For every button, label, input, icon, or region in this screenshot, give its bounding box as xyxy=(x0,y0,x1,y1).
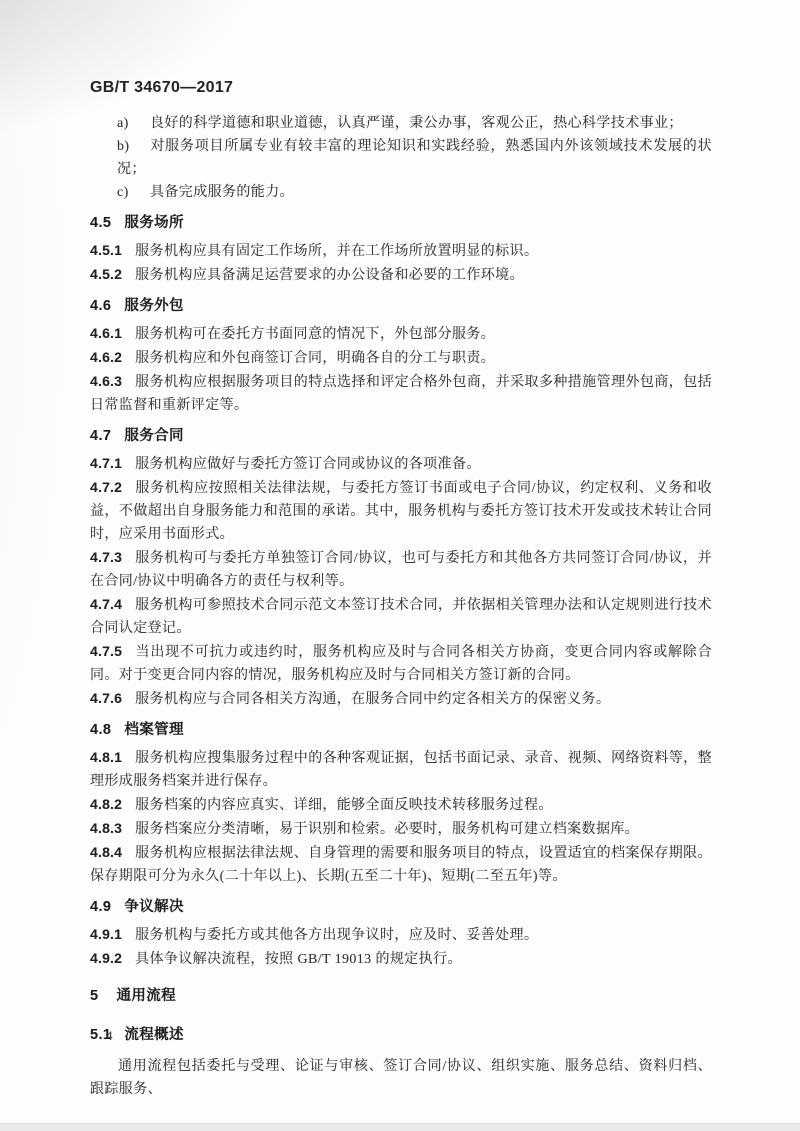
subsection-heading-5-1: 5.1流程概述 xyxy=(90,1024,712,1047)
chapter-heading-5: 5通用流程 xyxy=(90,985,712,1008)
clause-4-7-3: 4.7.3服务机构可与委托方单独签订合同/协议，也可与委托方和其他各方共同签订合… xyxy=(90,546,712,593)
list-item-text: 具备完成服务的能力。 xyxy=(150,185,294,200)
section-number: 4.8 xyxy=(90,722,111,738)
clause-number: 4.9.1 xyxy=(90,926,122,942)
clause-text: 服务档案的内容应真实、详细，能够全面反映技术转移服务过程。 xyxy=(135,798,553,813)
clause-number: 4.5.1 xyxy=(90,242,122,258)
clause-4-7-4: 4.7.4服务机构可参照技术合同示范文本签订技术合同，并依据相关管理办法和认定规… xyxy=(90,593,712,640)
clause-text: 服务机构应具有固定工作场所，并在工作场所放置明显的标识。 xyxy=(135,244,538,259)
section-title: 服务合同 xyxy=(124,428,184,444)
clause-number: 4.8.1 xyxy=(90,749,122,765)
clause-4-7-2: 4.7.2服务机构应按照相关法律法规，与委托方签订书面或电子合同/协议，约定权利… xyxy=(90,476,712,546)
clause-number: 4.8.4 xyxy=(90,844,122,860)
clause-number: 4.8.3 xyxy=(90,820,122,836)
section-heading-4-6: 4.6服务外包 xyxy=(90,295,712,318)
clause-number: 4.8.2 xyxy=(90,796,122,812)
clause-4-9-2: 4.9.2具体争议解决流程，按照 GB/T 19013 的规定执行。 xyxy=(90,947,712,971)
list-item: c)具备完成服务的能力。 xyxy=(90,181,712,204)
clause-number: 4.7.4 xyxy=(90,596,122,612)
list-item-label: a) xyxy=(117,112,139,135)
clause-text: 服务机构与委托方或其他各方出现争议时，应及时、妥善处理。 xyxy=(135,928,538,943)
clause-number: 4.7.3 xyxy=(90,549,122,565)
section-number: 4.6 xyxy=(90,298,111,314)
section-number: 4.5 xyxy=(90,215,111,231)
clause-text: 服务机构应按照相关法律法规，与委托方签订书面或电子合同/协议，约定权利、义务和收… xyxy=(90,481,712,542)
clause-text: 服务机构应搜集服务过程中的各种客观证据，包括书面记录、录音、视频、网络资料等，整… xyxy=(90,751,712,789)
section-heading-4-9: 4.9争议解决 xyxy=(90,896,712,919)
section-title: 档案管理 xyxy=(124,722,184,738)
clause-text: 当出现不可抗力或违约时，服务机构应及时与合同各相关方协商，变更合同内容或解除合同… xyxy=(90,645,712,683)
clause-number: 4.6.1 xyxy=(90,325,122,341)
clause-text: 服务机构可与委托方单独签订合同/协议，也可与委托方和其他各方共同签订合同/协议，… xyxy=(90,551,712,589)
section-number: 4.9 xyxy=(90,899,111,915)
clause-number: 4.9.2 xyxy=(90,950,122,966)
body-paragraph: 通用流程包括委托与受理、论证与审核、签订合同/协议、组织实施、服务总结、资料归档… xyxy=(90,1055,712,1101)
clause-text: 服务机构可在委托方书面同意的情况下，外包部分服务。 xyxy=(135,327,495,342)
clause-text: 服务机构应具备满足运营要求的办公设备和必要的工作环境。 xyxy=(135,268,524,283)
clause-text: 具体争议解决流程，按照 GB/T 19013 的规定执行。 xyxy=(135,952,462,967)
section-title: 争议解决 xyxy=(124,899,184,915)
subsection-title: 流程概述 xyxy=(124,1027,184,1043)
clause-4-6-3: 4.6.3服务机构应根据服务项目的特点选择和评定合格外包商，并采取多种措施管理外… xyxy=(90,370,712,417)
clause-4-5-1: 4.5.1服务机构应具有固定工作场所，并在工作场所放置明显的标识。 xyxy=(90,239,712,263)
section-heading-4-5: 4.5服务场所 xyxy=(90,212,712,235)
section-heading-4-8: 4.8档案管理 xyxy=(90,719,712,742)
clause-number: 4.6.2 xyxy=(90,349,122,365)
section-number: 4.7 xyxy=(90,428,111,444)
chapter-number: 5 xyxy=(90,988,98,1004)
clause-number: 4.6.3 xyxy=(90,373,122,389)
scan-page-bottom-edge xyxy=(0,1123,800,1131)
clause-text: 服务档案应分类清晰，易于识别和检索。必要时，服务机构可建立档案数据库。 xyxy=(135,822,639,837)
clause-number: 4.7.1 xyxy=(90,455,122,471)
clause-text: 服务机构可参照技术合同示范文本签订技术合同，并依据相关管理办法和认定规则进行技术… xyxy=(90,598,712,636)
list-item-label: b) xyxy=(117,135,139,158)
clause-4-5-2: 4.5.2服务机构应具备满足运营要求的办公设备和必要的工作环境。 xyxy=(90,263,712,287)
clause-4-7-5: 4.7.5当出现不可抗力或违约时，服务机构应及时与合同各相关方协商，变更合同内容… xyxy=(90,640,712,687)
clause-text: 服务机构应根据服务项目的特点选择和评定合格外包商，并采取多种措施管理外包商，包括… xyxy=(90,375,712,413)
clause-4-7-6: 4.7.6服务机构应与合同各相关方沟通，在服务合同中约定各相关方的保密义务。 xyxy=(90,687,712,711)
clause-4-6-2: 4.6.2服务机构应和外包商签订合同，明确各自的分工与职责。 xyxy=(90,346,712,370)
list-item: a)良好的科学道德和职业道德，认真严谨，秉公办事，客观公正，热心科学技术事业； xyxy=(90,112,712,135)
clause-4-8-3: 4.8.3服务档案应分类清晰，易于识别和检索。必要时，服务机构可建立档案数据库。 xyxy=(90,817,712,841)
document-page: GB/T 34670—2017 a)良好的科学道德和职业道德，认真严谨，秉公办事… xyxy=(0,0,800,1131)
list-item-text: 良好的科学道德和职业道德，认真严谨，秉公办事，客观公正，热心科学技术事业； xyxy=(150,116,683,131)
clause-4-9-1: 4.9.1服务机构与委托方或其他各方出现争议时，应及时、妥善处理。 xyxy=(90,923,712,947)
section-title: 服务外包 xyxy=(124,298,184,314)
list-item-label: c) xyxy=(117,181,139,204)
clause-text: 服务机构应与合同各相关方沟通，在服务合同中约定各相关方的保密义务。 xyxy=(135,692,610,707)
page-content: GB/T 34670—2017 a)良好的科学道德和职业道德，认真严谨，秉公办事… xyxy=(90,78,712,1101)
chapter-title: 通用流程 xyxy=(116,988,176,1004)
list-item: b)对服务项目所属专业有较丰富的理论知识和实践经验，熟悉国内外该领域技术发展的状… xyxy=(90,135,712,181)
section-title: 服务场所 xyxy=(124,215,184,231)
clause-4-7-1: 4.7.1服务机构应做好与委托方签订合同或协议的各项准备。 xyxy=(90,452,712,476)
clause-number: 4.7.6 xyxy=(90,690,122,706)
page-number: 4 xyxy=(106,1028,113,1044)
list-item-text: 对服务项目所属专业有较丰富的理论知识和实践经验，熟悉国内外该领域技术发展的状况； xyxy=(117,139,712,177)
section-heading-4-7: 4.7服务合同 xyxy=(90,425,712,448)
standard-number-header: GB/T 34670—2017 xyxy=(90,78,712,98)
clause-text: 服务机构应和外包商签订合同，明确各自的分工与职责。 xyxy=(135,351,495,366)
clause-number: 4.5.2 xyxy=(90,266,122,282)
clause-number: 4.7.5 xyxy=(90,643,122,659)
clause-text: 服务机构应根据法律法规、自身管理的需要和服务项目的特点，设置适宜的档案保存期限。… xyxy=(90,846,712,884)
clause-4-8-4: 4.8.4服务机构应根据法律法规、自身管理的需要和服务项目的特点，设置适宜的档案… xyxy=(90,841,712,888)
clause-4-8-2: 4.8.2服务档案的内容应真实、详细，能够全面反映技术转移服务过程。 xyxy=(90,793,712,817)
requirement-list: a)良好的科学道德和职业道德，认真严谨，秉公办事，客观公正，热心科学技术事业； … xyxy=(90,112,712,204)
clause-4-6-1: 4.6.1服务机构可在委托方书面同意的情况下，外包部分服务。 xyxy=(90,322,712,346)
clause-number: 4.7.2 xyxy=(90,479,122,495)
clause-4-8-1: 4.8.1服务机构应搜集服务过程中的各种客观证据，包括书面记录、录音、视频、网络… xyxy=(90,746,712,793)
clause-text: 服务机构应做好与委托方签订合同或协议的各项准备。 xyxy=(135,457,481,472)
